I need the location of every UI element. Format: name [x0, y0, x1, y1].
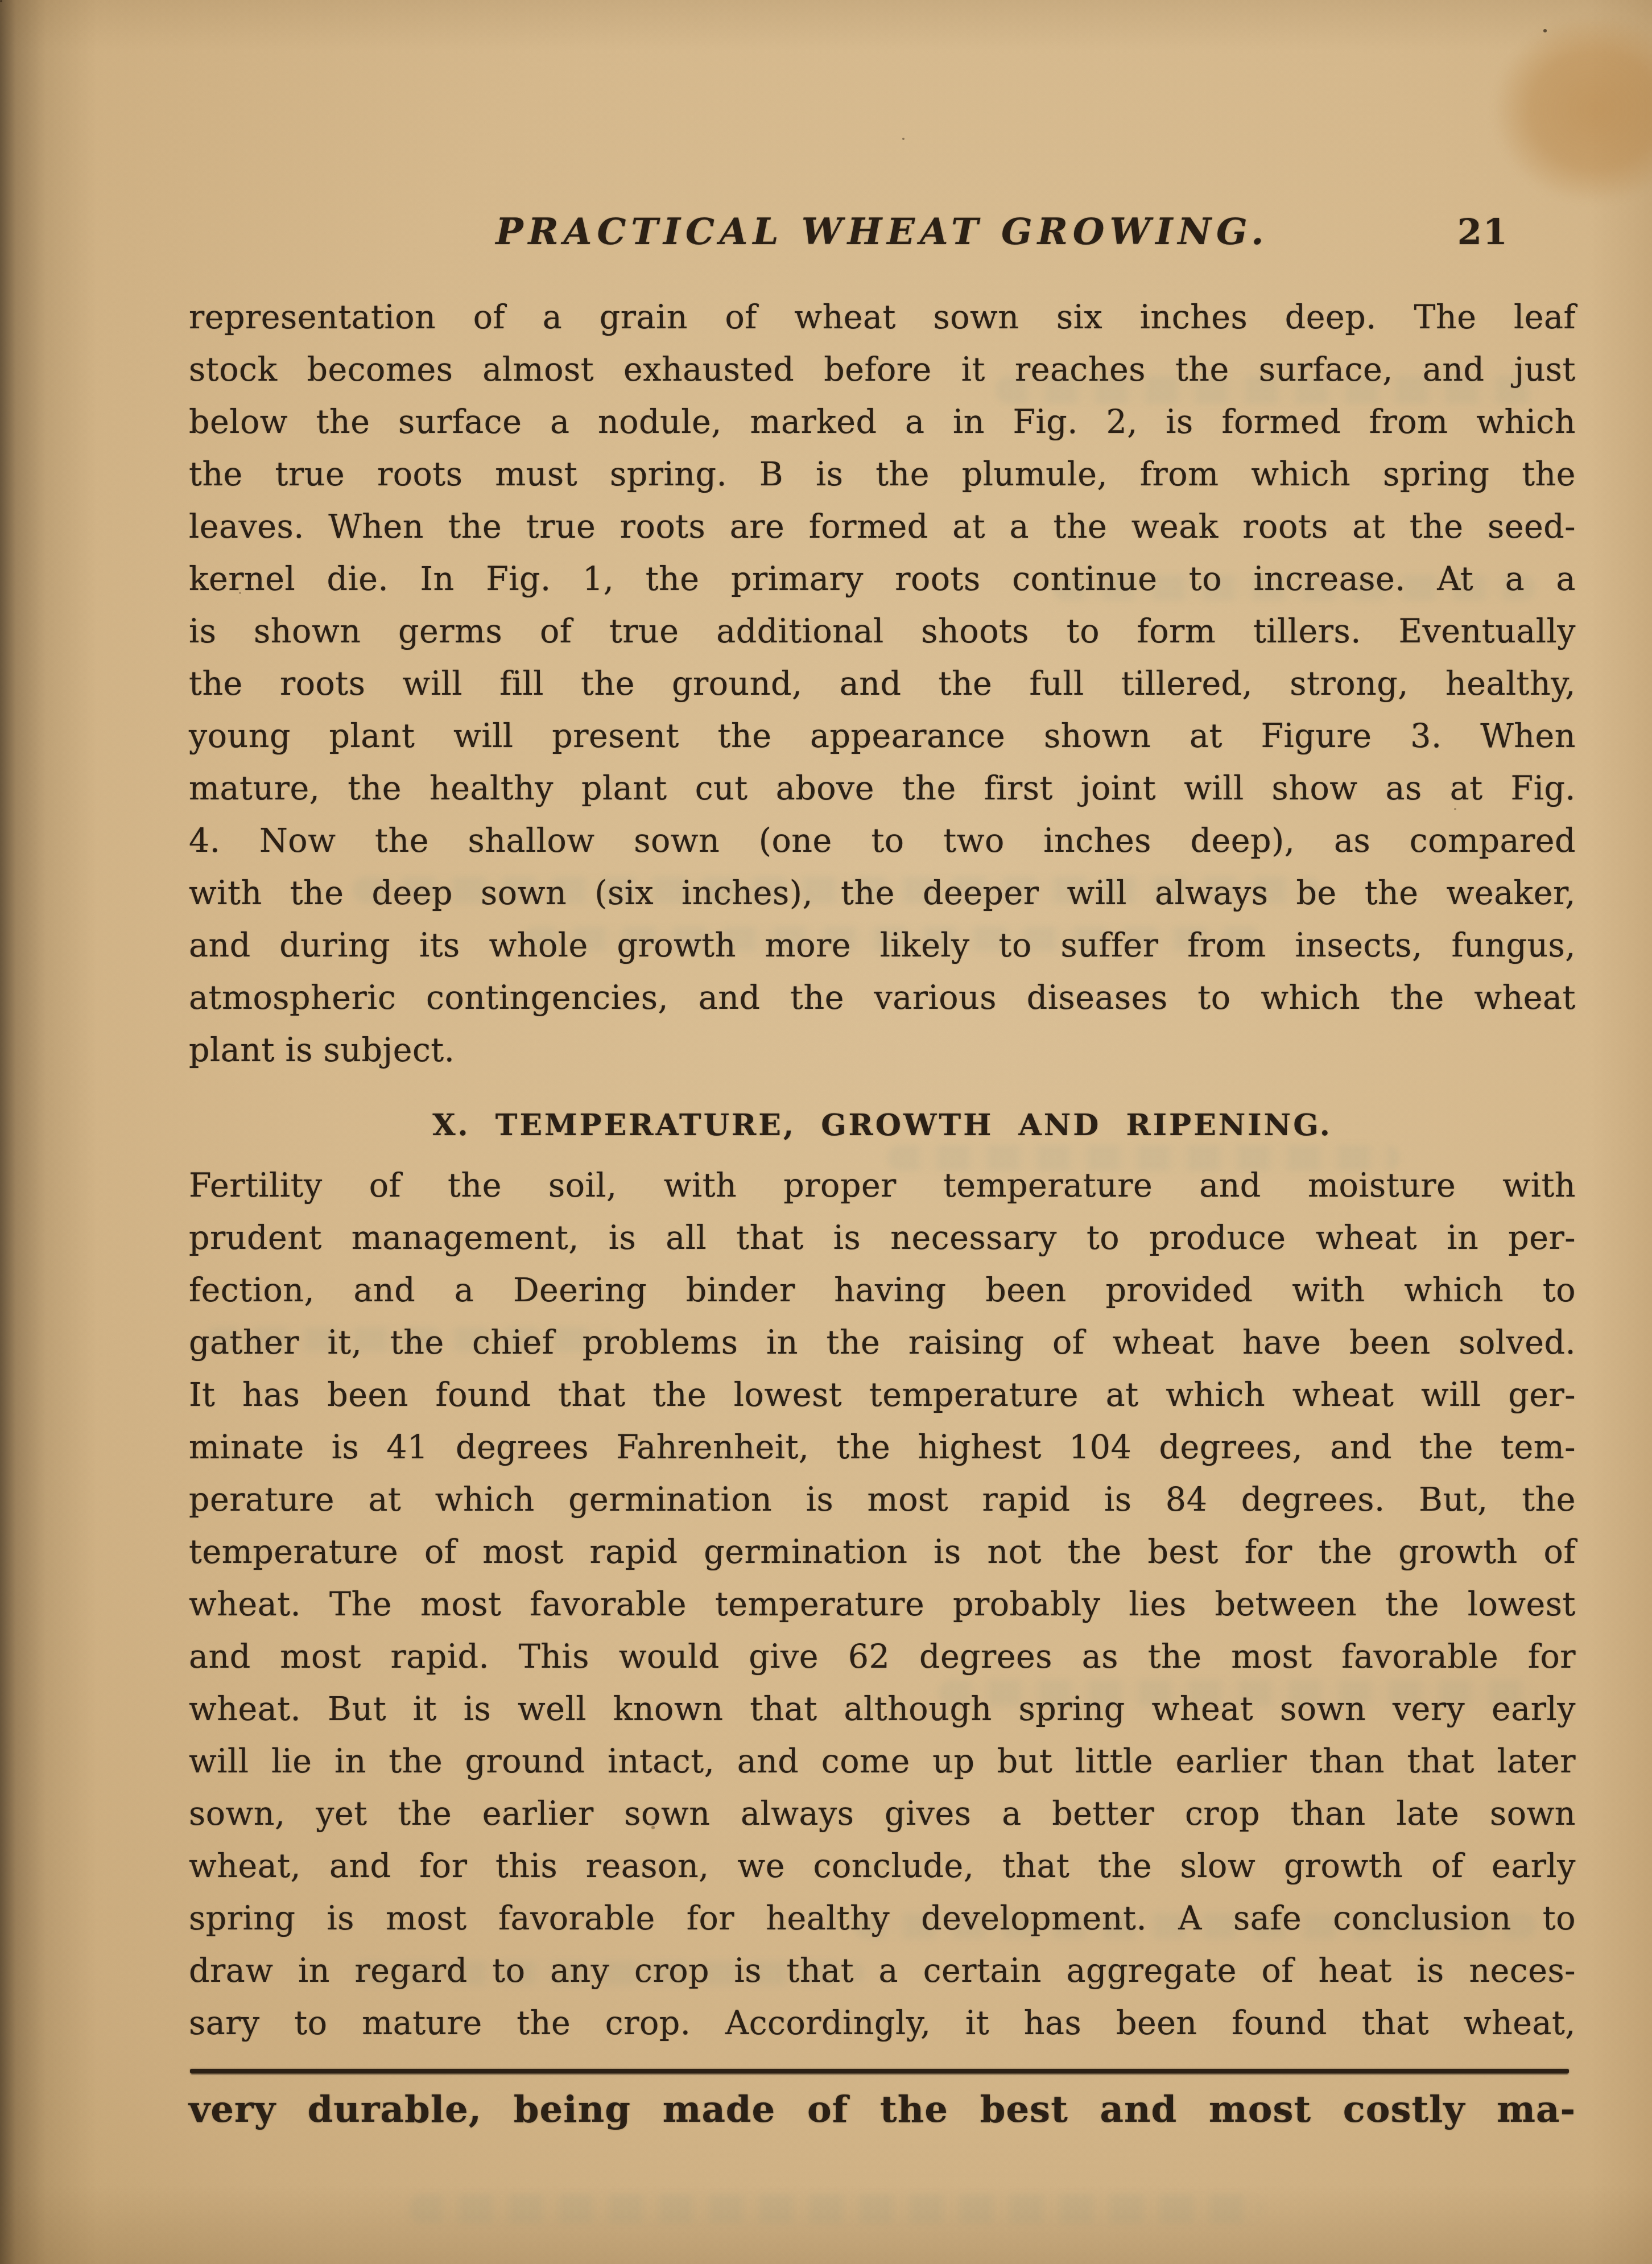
text-line: Fertility of the soil, with proper tempe… — [189, 1160, 1576, 1212]
text-line: minate is 41 degrees Fahrenheit, the hig… — [189, 1421, 1576, 1474]
text-line: It has been found that the lowest temper… — [189, 1369, 1576, 1421]
paragraph-temperature-growth: Fertility of the soil, with proper tempe… — [189, 1160, 1576, 2049]
text-line: perature at which germination is most ra… — [189, 1474, 1576, 1526]
text-line: 4. Now the shallow sown (one to two inch… — [189, 815, 1576, 867]
text-line: atmospheric contingencies, and the vario… — [189, 972, 1576, 1024]
text-line: leaves. When the true roots are formed a… — [189, 501, 1576, 553]
text-line: mature, the healthy plant cut above the … — [189, 762, 1576, 815]
text-line: plant is subject. — [189, 1024, 1576, 1077]
text-line: temperature of most rapid germination is… — [189, 1526, 1576, 1578]
text-line: kernel die. In Fig. 1, the primary roots… — [189, 553, 1576, 605]
gutter-shadow — [0, 0, 97, 2264]
text-line: is shown germs of true additional shoots… — [189, 605, 1576, 658]
show-through — [410, 2194, 1263, 2224]
text-line: below the surface a nodule, marked a in … — [189, 396, 1576, 448]
text-line: sown, yet the earlier sown always gives … — [189, 1788, 1576, 1840]
text-line: representation of a grain of wheat sown … — [189, 291, 1576, 344]
book-page: PRACTICAL WHEAT GROWING. 21 representati… — [0, 0, 1652, 2264]
text-line: will lie in the ground intact, and come … — [189, 1735, 1576, 1788]
section-heading: X. TEMPERATURE, GROWTH AND RIPENING. — [189, 1099, 1576, 1152]
text-line: and most rapid. This would give 62 degre… — [189, 1631, 1576, 1683]
text-line: sary to mature the crop. Accordingly, it… — [189, 1997, 1576, 2049]
text-line: wheat. But it is well known that althoug… — [189, 1683, 1576, 1735]
text-line: draw in regard to any crop is that a cer… — [189, 1945, 1576, 1997]
running-title: PRACTICAL WHEAT GROWING. — [189, 206, 1576, 258]
text-line: with the deep sown (six inches), the dee… — [189, 867, 1576, 919]
page-number: 21 — [1457, 206, 1509, 258]
text-line: young plant will present the appearance … — [189, 710, 1576, 762]
text-line: spring is most favorable for healthy dev… — [189, 1892, 1576, 1945]
text-line: the true roots must spring. B is the plu… — [189, 448, 1576, 501]
text-line: wheat, and for this reason, we conclude,… — [189, 1840, 1576, 1892]
text-line: and during its whole growth more likely … — [189, 919, 1576, 972]
text-line: wheat. The most favorable temperature pr… — [189, 1578, 1576, 1631]
footer-text-line: very durable, being made of the best and… — [189, 2080, 1576, 2139]
footer-rule — [190, 2069, 1569, 2073]
top-edge-shade — [0, 0, 1652, 51]
text-line: stock becomes almost exhausted before it… — [189, 344, 1576, 396]
right-edge-shade — [1589, 0, 1652, 2264]
paragraph-wheat-roots: representation of a grain of wheat sown … — [189, 291, 1576, 1077]
text-line: the roots will fill the ground, and the … — [189, 658, 1576, 710]
text-line: prudent management, is all that is neces… — [189, 1212, 1576, 1264]
text-line: gather it, the chief problems in the rai… — [189, 1317, 1576, 1369]
text-line: fection, and a Deering binder having bee… — [189, 1264, 1576, 1317]
